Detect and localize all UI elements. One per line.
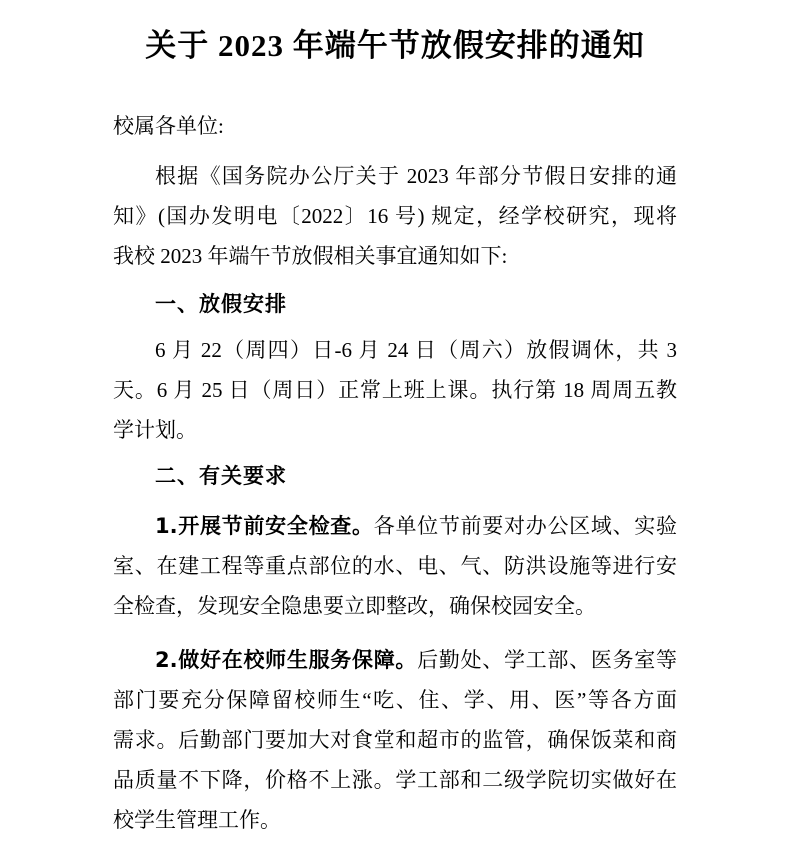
- paragraph-line: 需求。后勤部门要加大对食堂和超市的监管，确保饭菜和商: [113, 720, 677, 760]
- paragraph-opening: 根据《国务院办公厅关于 2023 年部分节假日安排的通 知》(国办发明电〔202…: [113, 156, 677, 276]
- notice-title: 关于 2023 年端午节放假安排的通知: [113, 24, 677, 68]
- paragraph-line: 我校 2023 年端午节放假相关事宜通知如下:: [113, 236, 677, 276]
- paragraph-line: 天。6 月 25 日（周日）正常上班上课。执行第 18 周周五教: [113, 370, 677, 410]
- document-page: 关于 2023 年端午节放假安排的通知 校属各单位: 根据《国务院办公厅关于 2…: [0, 0, 790, 844]
- run-text: 各单位节前要对办公区域、实验: [374, 514, 677, 538]
- paragraph-line: 品质量不下降，价格不上涨。学工部和二级学院切实做好在: [113, 760, 677, 800]
- paragraph-requirement-2: 2.做好在校师生服务保障。后勤处、学工部、医务室等 部门要充分保障留校师生“吃、…: [113, 640, 677, 840]
- paragraph-line: 1.开展节前安全检查。各单位节前要对办公区域、实验: [113, 506, 677, 546]
- paragraph-line: 部门要充分保障留校师生“吃、住、学、用、医”等各方面: [113, 680, 677, 720]
- section-heading-requirements: 二、有关要求: [113, 456, 677, 496]
- run-bold-lead: 2.做好在校师生服务保障。: [155, 648, 417, 672]
- paragraph-holiday-schedule: 6 月 22（周四）日-6 月 24 日（周六）放假调休，共 3 天。6 月 2…: [113, 330, 677, 450]
- paragraph-requirement-1: 1.开展节前安全检查。各单位节前要对办公区域、实验 室、在建工程等重点部位的水、…: [113, 506, 677, 626]
- paragraph-line: 全检查，发现安全隐患要立即整改，确保校园安全。: [113, 586, 677, 626]
- greeting-line: 校属各单位:: [113, 106, 677, 146]
- run-bold-lead: 1.开展节前安全检查。: [155, 514, 374, 538]
- paragraph-line: 学计划。: [113, 410, 677, 450]
- paragraph-line: 2.做好在校师生服务保障。后勤处、学工部、医务室等: [113, 640, 677, 680]
- paragraph-line: 校学生管理工作。: [113, 800, 677, 840]
- document-content: 关于 2023 年端午节放假安排的通知 校属各单位: 根据《国务院办公厅关于 2…: [0, 24, 790, 840]
- paragraph-line: 根据《国务院办公厅关于 2023 年部分节假日安排的通: [113, 156, 677, 196]
- paragraph-line: 6 月 22（周四）日-6 月 24 日（周六）放假调休，共 3: [113, 330, 677, 370]
- section-heading-holiday: 一、放假安排: [113, 284, 677, 324]
- paragraph-line: 室、在建工程等重点部位的水、电、气、防洪设施等进行安: [113, 546, 677, 586]
- paragraph-line: 知》(国办发明电〔2022〕16 号) 规定，经学校研究，现将: [113, 196, 677, 236]
- run-text: 后勤处、学工部、医务室等: [417, 648, 677, 672]
